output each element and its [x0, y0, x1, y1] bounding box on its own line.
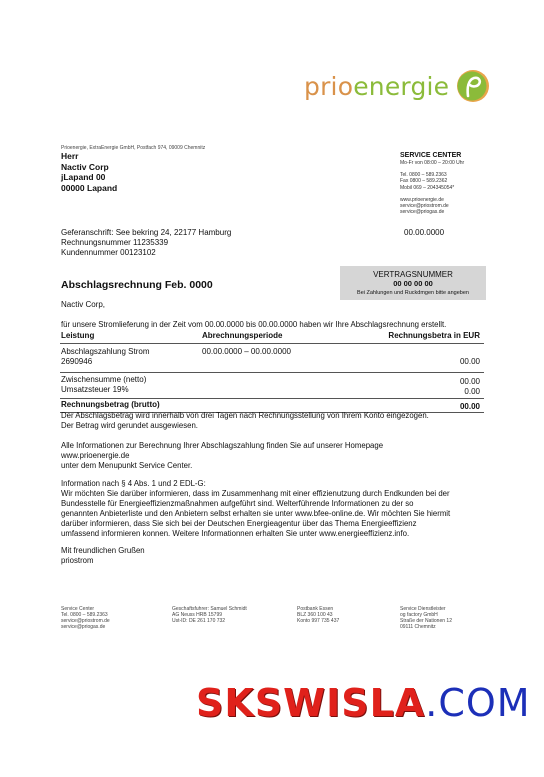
table-row: Zwischensumme (netto) Umsatzsteuer 19% 0…: [60, 373, 484, 399]
subtotal-labels: Zwischensumme (netto) Umsatzsteuer 19%: [61, 375, 146, 395]
company-logo: prioenergie: [304, 66, 491, 106]
salutation: Nactiv Corp,: [61, 300, 105, 309]
service-email-2[interactable]: service@priogas.de: [400, 209, 464, 215]
invoice-number: Rechnungsnummer 11235339: [61, 238, 231, 248]
contract-number-box: VERTRAGSNUMMER 00 00 00 00 Bei Zahlungen…: [340, 266, 486, 300]
header-amount: Rechnungsbetra in EUR: [388, 331, 480, 340]
edlg-info: Information nach § 4 Abs. 1 und 2 EDL-G:…: [61, 479, 450, 539]
watermark: SKSWISLA.COM: [196, 684, 531, 723]
footer-management: Geschaftsfuhrer: Samuel Schmidt AG Neuss…: [172, 606, 247, 624]
subtotal-values: 00.00 0.00: [460, 377, 480, 397]
item-period: 00.00.0000 – 00.00.0000: [202, 347, 291, 357]
table-header: Leistung Abrechnungsperiode Rechnungsbet…: [60, 331, 484, 344]
contract-number: 00 00 00 00: [340, 279, 486, 288]
table-row: Abschlagszahlung Strom 2690946 00.00.000…: [60, 344, 484, 373]
contract-note: Bei Zahlungen und Ruckdmgen bitte angebe…: [340, 290, 486, 296]
recipient-address: Herr Nactiv Corp jLapand 00 00000 Lapand: [61, 151, 117, 193]
homepage-link[interactable]: www.prioenergie.de: [61, 451, 383, 461]
item-amount: 00.00: [460, 357, 480, 367]
invoice-date: 00.00.0000: [404, 228, 444, 237]
logo-p-icon: [455, 68, 491, 104]
service-center-block: SERVICE CENTER Mo-Fr von 08:00 – 20:00 U…: [400, 152, 464, 215]
contract-label: VERTRAGSNUMMER: [340, 270, 486, 279]
closing: Mit freundlichen Grußen priostrom: [61, 546, 145, 566]
total-label: Rechnungsbetrag (brutto): [61, 400, 160, 409]
recipient-city: 00000 Lapand: [61, 183, 117, 194]
item-description: Abschlagszahlung Strom 2690946: [61, 347, 150, 367]
homepage-info: Alle Informationen zur Berechnung Ihrer …: [61, 441, 383, 471]
total-value: 00.00: [460, 402, 480, 411]
service-center-title: SERVICE CENTER: [400, 152, 464, 160]
logo-wordmark: prioenergie: [304, 74, 449, 99]
debit-note: Der Abschlagsbetrag wird innerhalb von d…: [61, 411, 429, 431]
header-leistung: Leistung: [61, 331, 94, 340]
footer-service-provider: Service Dienstleister og factory GmbH St…: [400, 606, 452, 630]
recipient-salutation: Herr: [61, 151, 117, 162]
customer-number: Kundennummer 00123102: [61, 248, 231, 258]
header-period: Abrechnungsperiode: [202, 331, 282, 340]
recipient-company: Nactiv Corp: [61, 162, 117, 173]
invoice-table: Leistung Abrechnungsperiode Rechnungsbet…: [60, 331, 484, 413]
footer-bank: Postbank Essen BLZ 360 100 43 Konto 997 …: [297, 606, 339, 624]
document-title: Abschlagsrechnung Feb. 0000: [61, 279, 213, 291]
address-block: Geferanschrift: See bekring 24, 22177 Ha…: [61, 228, 231, 258]
footer-service-center: Service Center Tel. 0800 – 589.2363 serv…: [61, 606, 110, 630]
recipient-street: jLapand 00: [61, 172, 117, 183]
service-hours: Mo-Fr von 08:00 – 20:00 Uhr: [400, 160, 464, 166]
intro-text: für unsere Stromlieferung in der Zeit vo…: [61, 320, 446, 329]
delivery-address: Geferanschrift: See bekring 24, 22177 Ha…: [61, 228, 231, 238]
